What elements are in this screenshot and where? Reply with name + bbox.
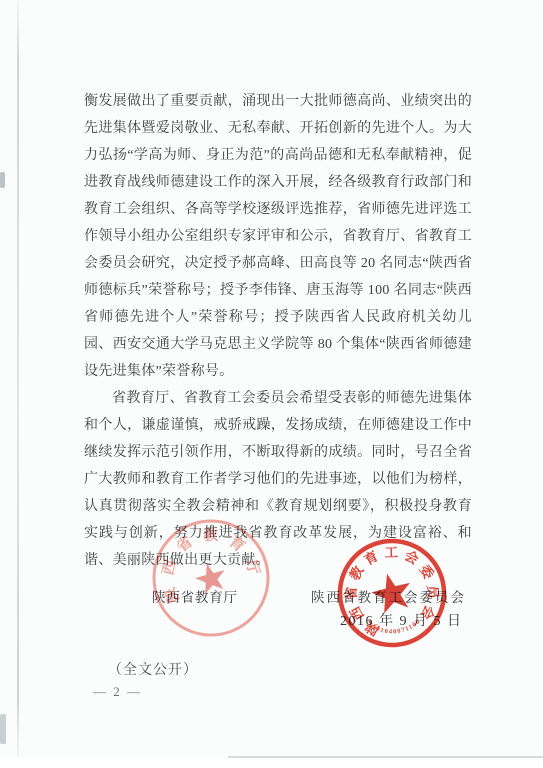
star-icon [368, 569, 416, 616]
svg-text:陕西省教育厅: 陕西省教育厅 [160, 527, 263, 606]
scan-bottom-edge [0, 758, 543, 768]
body-paragraph-1: 衡发展做出了重要贡献，涌现出一大批师德高尚、业绩突出的先进集体暨爱岗敬业、无私奉… [84, 88, 472, 385]
page-number: — 2 — [93, 684, 142, 700]
star-icon [192, 560, 229, 596]
publicity-note: （全文公开） [108, 659, 198, 679]
scan-smudge [0, 714, 6, 744]
scanned-document-page: 衡发展做出了重要贡献，涌现出一大批师德高尚、业绩突出的先进集体暨爱岗敬业、无私奉… [0, 0, 543, 768]
scan-edge-left [17, 0, 19, 756]
official-seal-education-department: 陕西省教育厅 [131, 498, 291, 658]
seal-ring-text: 陕西省教育厅 [160, 527, 263, 606]
official-seal-education-union-committee: 陕西省教育工会委员会 6101040071100 [307, 508, 477, 678]
scan-smudge [0, 172, 5, 188]
scan-bottom-line [228, 756, 543, 758]
